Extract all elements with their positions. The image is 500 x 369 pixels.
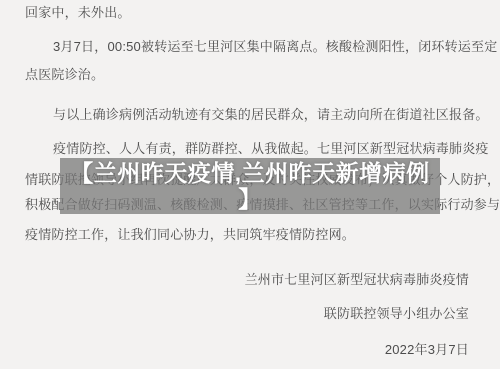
doc-line: 点医院诊治。 [25,67,104,83]
watermark-text-line1: 【兰州昨天疫情,兰州昨天新增病例 [70,160,429,186]
signature-org-line2: 联防联控领导小组办公室 [324,306,469,322]
watermark-band: 【兰州昨天疫情,兰州昨天新增病例 】 [60,158,440,214]
doc-line: 3月7日，00:50被转运至七里河区集中隔离点。核酸检测阳性，闭环转运至定 [53,39,497,55]
doc-line: 疫情防控、人人有责，群防群控、从我做起。七里河区新型冠状病毒肺炎疫 [53,141,489,157]
doc-line: 回家中，未外出。 [25,5,131,21]
signature-org-line1: 兰州市七里河区新型冠状病毒肺炎疫情 [245,272,469,288]
epidemic-notice-document: 回家中，未外出。 3月7日，00:50被转运至七里河区集中隔离点。核酸检测阳性，… [0,0,500,369]
doc-line: 疫情防控工作，让我们同心协力，共同筑牢疫情防控网。 [25,227,355,243]
signature-date: 2022年3月7日 [385,342,469,358]
watermark-text-line2: 】 [238,186,262,212]
doc-line: 与以上确诊病例活动轨迹有交集的居民群众，请主动向所在街道社区报备。 [53,107,489,123]
